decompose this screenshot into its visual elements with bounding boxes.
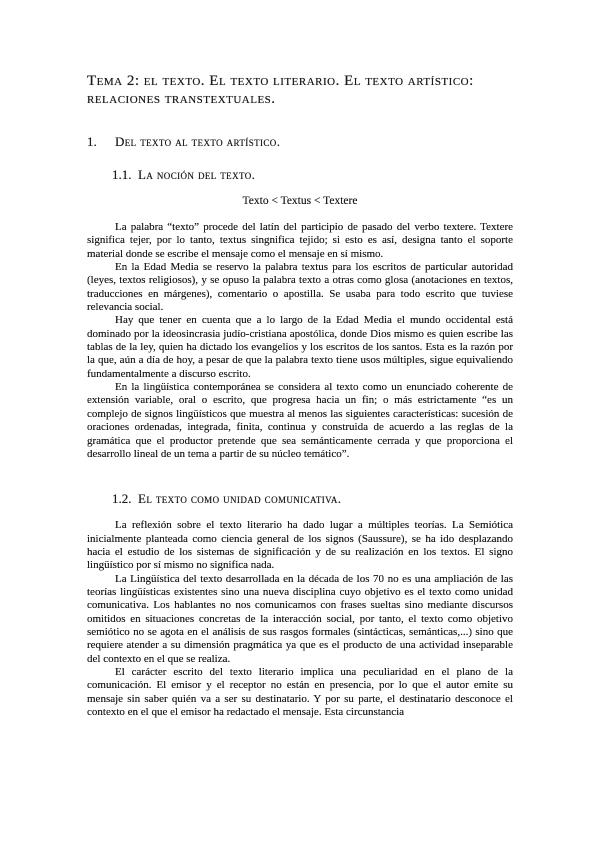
subsection-number-1-2: 1.2.	[112, 491, 138, 506]
subsection-heading-1-2-label: El texto como unidad comunicativa.	[138, 491, 341, 506]
section-heading-1: 1. Del texto al texto artístico.	[87, 134, 513, 149]
document-page: Tema 2: el texto. El texto literario. El…	[0, 0, 599, 848]
paragraph: La Lingüística del texto desarrollada en…	[87, 573, 513, 666]
paragraph: El carácter escrito del texto literario …	[87, 666, 513, 719]
paragraph: En la Edad Media se reservo la palabra t…	[87, 261, 513, 314]
paragraph: En la lingüística contemporánea se consi…	[87, 381, 513, 461]
document-title: Tema 2: el texto. El texto literario. El…	[87, 73, 513, 108]
subsection-number-1-1: 1.1.	[112, 167, 138, 182]
paragraph: La reflexión sobre el texto literario ha…	[87, 519, 513, 572]
paragraph: Hay que tener en cuenta que a lo largo d…	[87, 314, 513, 381]
subsection-heading-1-2: 1.2. El texto como unidad comunicativa.	[87, 491, 513, 506]
section-heading-1-label: Del texto al texto artístico.	[115, 134, 280, 149]
subsection-heading-1-1-label: La noción del texto.	[138, 167, 255, 182]
subsection-heading-1-1: 1.1. La noción del texto.	[87, 167, 513, 182]
etymology-line: Texto < Textus < Textere	[87, 195, 513, 208]
section-number-1: 1.	[87, 134, 115, 149]
document-content: Tema 2: el texto. El texto literario. El…	[87, 73, 513, 719]
paragraph: La palabra “texto” procede del latín del…	[87, 221, 513, 261]
